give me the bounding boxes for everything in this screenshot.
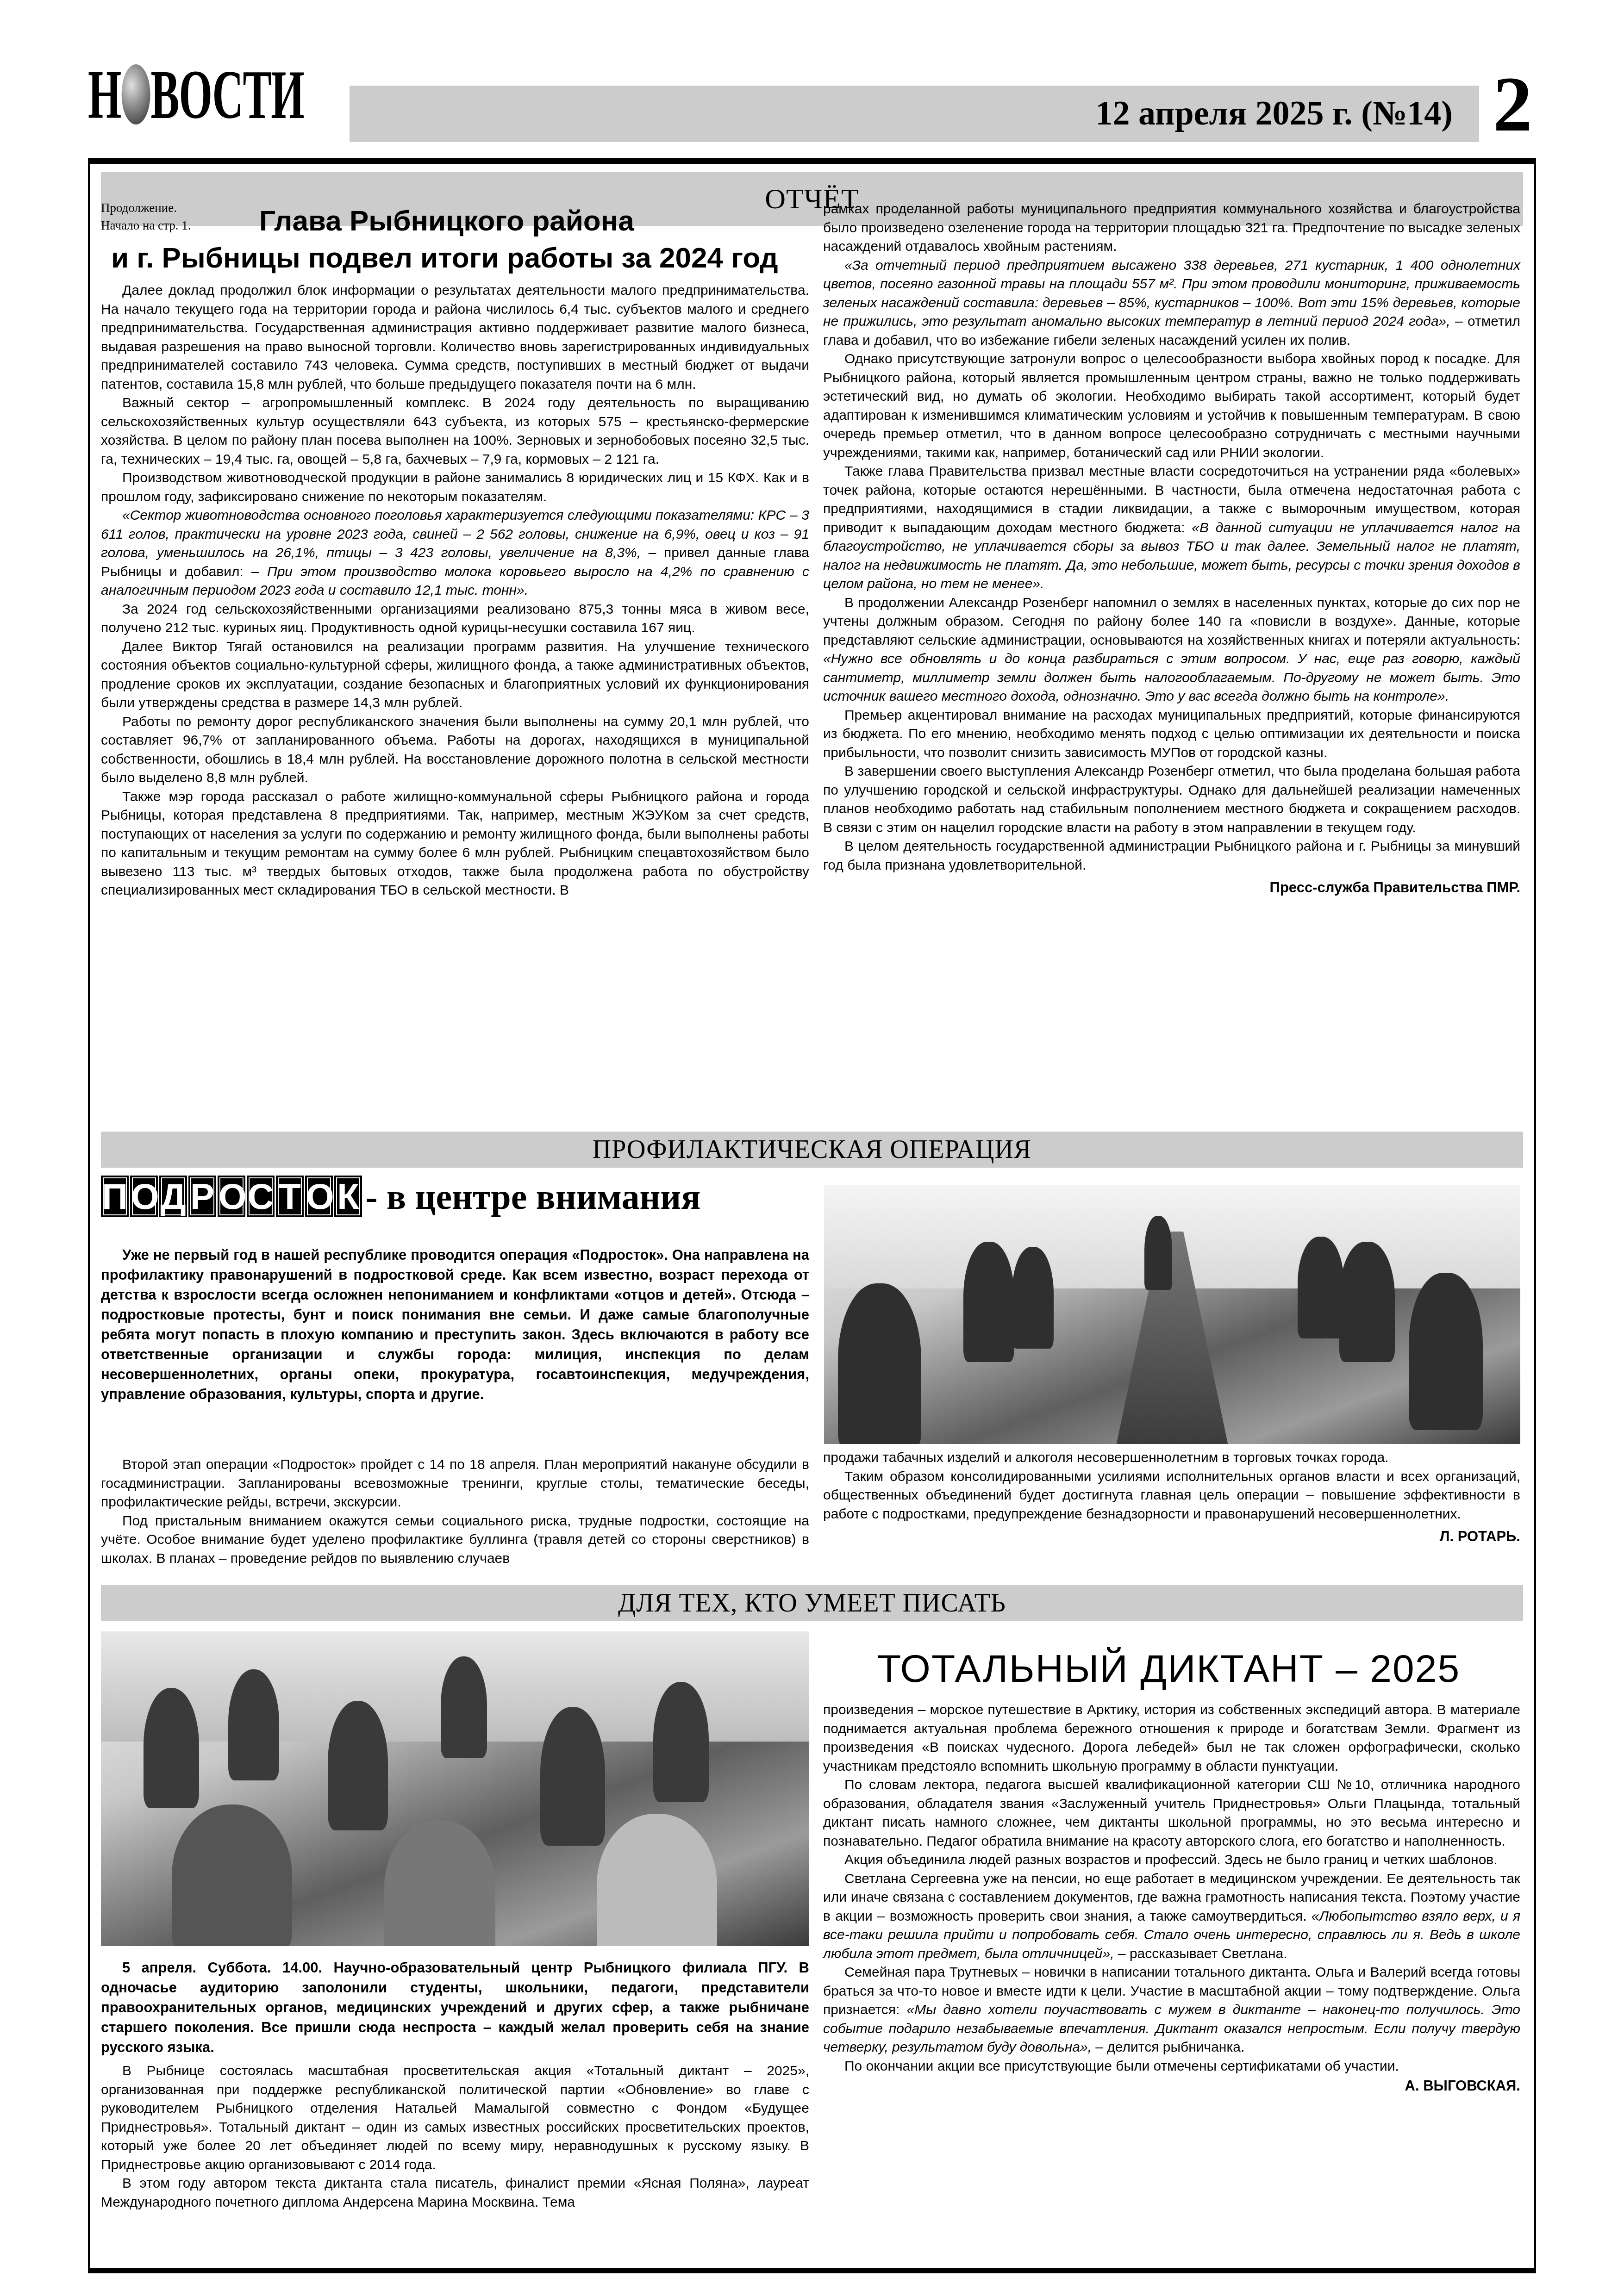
paragraph: Далее Виктор Тягай остановился на реализ… [101, 638, 809, 713]
headline-letter-box: Т [276, 1176, 304, 1217]
headline-letter-box: О [218, 1176, 245, 1217]
lead-paragraph: Уже не первый год в нашей республике про… [101, 1245, 809, 1404]
headline-letter-box: О [130, 1176, 158, 1217]
photo-person [1339, 1242, 1395, 1362]
quote-paragraph: «За отчетный период предприятием высажен… [823, 256, 1520, 350]
quote-paragraph: В продолжении Александр Розенберг напомн… [823, 594, 1520, 706]
globe-icon [121, 64, 150, 124]
newspaper-logo: НВОСТИ [88, 60, 249, 130]
paragraph: произведения – морское путешествие в Арк… [823, 1701, 1520, 1776]
photo-person [653, 1682, 709, 1802]
headline-letter-box: О [305, 1176, 333, 1217]
paragraph: Однако присутствующие затронули вопрос о… [823, 350, 1520, 462]
photo-person [1409, 1273, 1483, 1430]
paragraph: Производством животноводческой продукции… [101, 469, 809, 506]
rubric-prevention: ПРОФИЛАКТИЧЕСКАЯ ОПЕРАЦИЯ [101, 1132, 1523, 1168]
paragraph: Под пристальным вниманием окажутся семьи… [101, 1512, 809, 1568]
paragraph: По словам лектора, педагога высшей квали… [823, 1776, 1520, 1851]
logo-letter-n: Н [88, 56, 121, 133]
headline-letter-box: Д [159, 1176, 187, 1217]
quote-paragraph: Светлана Сергеевна уже на пенсии, но еще… [823, 1870, 1520, 1964]
photo-person [838, 1283, 921, 1444]
quote-italic: «Нужно все обновлять и до конца разбират… [823, 651, 1520, 704]
photo-person [384, 1820, 495, 1946]
paragraph: В завершении своего выступления Александ… [823, 762, 1520, 837]
photo-person [540, 1707, 605, 1846]
dictation-left-column: В Рыбнице состоялась масштабная просвети… [101, 2062, 809, 2212]
page-number: 2 [1493, 65, 1532, 143]
photo-person [597, 1814, 717, 1946]
paragraph: В Рыбнице состоялась масштабная просвети… [101, 2062, 809, 2174]
photo-person [441, 1656, 487, 1758]
report-left-column: Далее доклад продолжил блок информации о… [101, 281, 809, 900]
photo-person [144, 1688, 199, 1808]
quote-paragraph: Также глава Правительства призвал местны… [823, 462, 1520, 594]
paragraph: В целом деятельность государственной адм… [823, 837, 1520, 875]
teen-signature: Л. РОТАРЬ. [823, 1526, 1520, 1547]
quote-paragraph: «Сектор животноводства основного поголов… [101, 506, 809, 600]
quote-paragraph: Семейная пара Трутневых – новички в напи… [823, 1963, 1520, 2057]
paragraph: Далее доклад продолжил блок информации о… [101, 281, 809, 394]
photo-person [1298, 1237, 1344, 1338]
lead-paragraph: 5 апреля. Суббота. 14.00. Научно-образов… [101, 1958, 809, 2057]
dictation-lead: 5 апреля. Суббота. 14.00. Научно-образов… [101, 1958, 809, 2057]
quote-tail: – делится рыбничанка. [1092, 2040, 1244, 2055]
teen-lead: Уже не первый год в нашей республике про… [101, 1245, 809, 1404]
logo-letters-rest: ВОСТИ [151, 56, 304, 133]
photo-person [228, 1669, 279, 1780]
dictation-signature: А. ВЫГОВСКАЯ. [823, 2076, 1520, 2096]
teen-headline: ПОДРОСТОК - в центре внимания [101, 1176, 809, 1218]
report-headline-line1: Глава Рыбницкого района [259, 204, 634, 239]
paragraph: продажи табачных изделий и алкоголя несо… [823, 1449, 1520, 1468]
teen-right-column: продажи табачных изделий и алкоголя несо… [823, 1449, 1520, 1547]
headline-letter-box: Р [188, 1176, 216, 1217]
headline-letter-box: П [101, 1176, 129, 1217]
paragraph: Второй этап операции «Подросток» пройдет… [101, 1456, 809, 1512]
photo-person [963, 1242, 1014, 1362]
teen-headline-rest: - в центре внимания [365, 1176, 700, 1217]
meeting-photo [824, 1185, 1520, 1444]
paragraph: Таким образом консолидированными усилиям… [823, 1468, 1520, 1524]
continuation-line-2: Начало на стр. 1. [101, 217, 217, 234]
photo-person [172, 1804, 292, 1946]
continuation-note: Продолжение. Начало на стр. 1. [101, 199, 217, 234]
quote-italic: «За отчетный период предприятием высажен… [823, 258, 1520, 330]
photo-person [1144, 1216, 1172, 1290]
report-headline-line2: и г. Рыбницы подвел итоги работы за 2024… [111, 241, 778, 276]
dictation-right-column: произведения – морское путешествие в Арк… [823, 1701, 1520, 2096]
issue-date: 12 апреля 2025 г. (№14) [1095, 93, 1453, 134]
quote-tail: – рассказывает Светлана. [1114, 1946, 1287, 1961]
paragraph: Также мэр города рассказал о работе жили… [101, 788, 809, 900]
paragraph: По окончании акции все присутствующие бы… [823, 2057, 1520, 2076]
paragraph: Премьер акцентировал внимание на расхода… [823, 706, 1520, 763]
photo-person [328, 1701, 388, 1830]
paragraph: В этом году автором текста диктанта стал… [101, 2174, 809, 2212]
continuation-line-1: Продолжение. [101, 199, 217, 217]
report-signature: Пресс-служба Правительства ПМР. [823, 877, 1520, 898]
rubric-writing: ДЛЯ ТЕХ, КТО УМЕЕТ ПИСАТЬ [101, 1585, 1523, 1621]
quote-plain: В продолжении Александр Розенберг напомн… [823, 595, 1520, 648]
paragraph: рамках проделанной работы муниципального… [823, 200, 1520, 256]
dictation-headline: ТОТАЛЬНЫЙ ДИКТАНТ – 2025 [877, 1645, 1460, 1692]
paragraph: Акция объединила людей разных возрастов … [823, 1851, 1520, 1870]
paragraph: За 2024 год сельскохозяйственными органи… [101, 600, 809, 638]
paragraph: Важный сектор – агропромышленный комплек… [101, 394, 809, 469]
paragraph: Работы по ремонту дорог республиканского… [101, 713, 809, 788]
headline-letter-box: К [334, 1176, 362, 1217]
classroom-photo [101, 1631, 809, 1946]
report-right-column: рамках проделанной работы муниципального… [823, 200, 1520, 898]
headline-letter-box: С [247, 1176, 275, 1217]
photo-person [1012, 1247, 1054, 1349]
teen-left-column: Второй этап операции «Подросток» пройдет… [101, 1456, 809, 1568]
